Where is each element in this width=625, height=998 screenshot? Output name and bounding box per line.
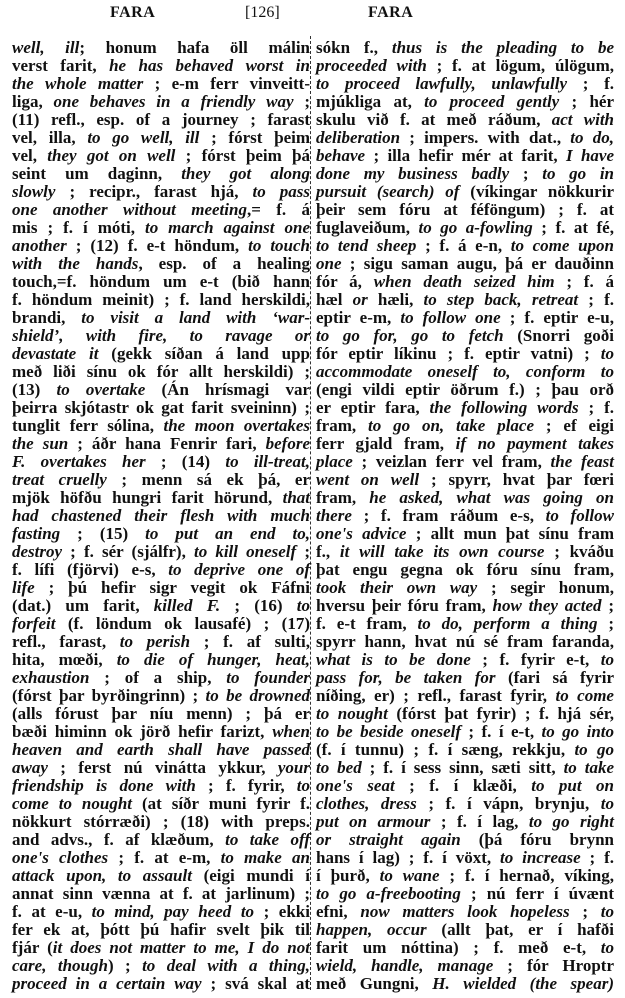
text-line: ferr gjald fram, if no payment takes xyxy=(316,435,614,453)
translation-italic: when death seized him xyxy=(374,272,555,291)
headword-text: þeirra skjótastr ok gat farit sveininn) … xyxy=(12,398,310,417)
text-line: shield’, with fire, to ravage or xyxy=(12,327,310,345)
text-line: (fórst þar byrðingrinn) ; to be drowned xyxy=(12,687,310,705)
translation-italic: I have xyxy=(566,146,614,165)
headword-text: annat sinn vænna at f. at jarlinum) ; xyxy=(12,884,310,903)
headword-text: hæl xyxy=(316,290,353,309)
translation-italic: H. wielded (the spear) xyxy=(432,974,614,993)
column-divider xyxy=(310,36,311,990)
right-running-headword: FARA xyxy=(368,4,413,22)
text-line: devastate it (gekk síðan á land upp xyxy=(12,345,310,363)
text-line: the sun ; áðr hana Fenrir fari, before xyxy=(12,435,310,453)
headword-text: ; ef eigi xyxy=(534,416,614,435)
headword-text: ; ferst nú vinátta ykkur, xyxy=(48,758,278,777)
translation-italic: deliberation xyxy=(316,128,400,147)
translation-italic: well, ill xyxy=(12,38,79,57)
translation-italic: to take off xyxy=(225,830,310,849)
translation-italic: to founder xyxy=(226,668,310,687)
text-line: f. höndum meinit) ; f. land herskildi, xyxy=(12,291,310,309)
translation-italic: one xyxy=(316,254,342,273)
translation-italic: to deprive one of xyxy=(168,560,310,579)
text-line: accommodate oneself to, conform to xyxy=(316,363,614,381)
translation-italic: done my business badly xyxy=(316,164,509,183)
headword-text: vel, illa, xyxy=(12,128,87,147)
translation-italic: another xyxy=(12,236,67,255)
headword-text: nökkurt stórræði) ; (18) with preps. xyxy=(12,812,310,831)
translation-italic: the following words xyxy=(430,398,579,417)
text-line: spyrr hann, hvat nú sé fram faranda, xyxy=(316,633,614,651)
translation-italic: to proceed gently xyxy=(424,92,559,111)
headword-text: sókn f., xyxy=(316,38,392,57)
headword-text: hans í lag) ; f. í vöxt, xyxy=(316,848,500,867)
text-line: or straight again (þá fóru brynn xyxy=(316,831,614,849)
translation-italic: it does not matter to me, I do not xyxy=(53,938,310,957)
translation-italic: to xyxy=(601,650,614,669)
text-line: with the hands, esp. of a healing xyxy=(12,255,310,273)
text-line: slowly ; recipr., farast hjá, to pass xyxy=(12,183,310,201)
text-line: one's clothes ; f. at e-m, to make an xyxy=(12,849,310,867)
text-line: one's seat ; f. í klæði, to put on xyxy=(316,777,614,795)
translation-italic: what is to be done xyxy=(316,650,471,669)
headword-text: níðing, er) ; refl., farast fyrir, xyxy=(316,686,556,705)
text-line: clothes, dress ; f. í vápn, brynju, to xyxy=(316,795,614,813)
translation-italic: to touch xyxy=(248,236,310,255)
headword-text: ; (16) xyxy=(220,596,297,615)
translation-italic: they got along xyxy=(181,164,310,183)
headword-text: hversu þeir fóru fram, xyxy=(316,596,493,615)
headword-text: ; f. at fé, xyxy=(533,218,614,237)
translation-italic: one's advice xyxy=(316,524,406,543)
translation-italic: pursuit (search) of xyxy=(316,182,459,201)
headword-text: ; f. xyxy=(578,290,614,309)
translation-italic: to do, perform a thing xyxy=(418,614,598,633)
translation-italic: one behaves in a friendly way xyxy=(54,92,294,111)
headword-text: verst farit, xyxy=(12,56,109,75)
text-line: níðing, er) ; refl., farast fyrir, to co… xyxy=(316,687,614,705)
text-line: fer ek at, þótt þú hafir svelt þik til xyxy=(12,921,310,939)
headword-text: ; segir honum, xyxy=(477,578,614,597)
translation-italic: F. overtakes her xyxy=(12,452,146,471)
text-line: F. overtakes her ; (14) to ill-treat, xyxy=(12,453,310,471)
translation-italic: to go well, ill xyxy=(87,128,199,147)
translation-italic: to proceed lawfully, unlawfully xyxy=(316,74,567,93)
translation-italic: treat cruelly xyxy=(12,470,107,489)
headword-text: fram, xyxy=(316,488,369,507)
headword-text: (engi vildi eptir öðrum f.) ; þau orð xyxy=(316,380,614,399)
headword-text: ,= f. á xyxy=(247,200,310,219)
text-line: (11) refl., esp. of a journey ; farast xyxy=(12,111,310,129)
translation-italic: happen, occur xyxy=(316,920,427,939)
headword-text: ; f. í hernað, víking, xyxy=(440,866,614,885)
headword-text: liga, xyxy=(12,92,54,111)
text-line: í þurð, to wane ; f. í hernað, víking, xyxy=(316,867,614,885)
translation-italic: to deal with a thing, xyxy=(142,956,310,975)
translation-italic: to increase xyxy=(500,848,581,867)
headword-text: ; (12) f. e-t höndum, xyxy=(67,236,248,255)
text-line: f. lífi (fjörvi) e-s, to deprive one of xyxy=(12,561,310,579)
translation-italic: attack upon, to assault xyxy=(12,866,192,885)
headword-text: ; f. í klæði, xyxy=(395,776,532,795)
headword-text: ; f. af sulti, xyxy=(190,632,310,651)
translation-italic: put on armour xyxy=(316,812,430,831)
translation-italic: care, though xyxy=(12,956,108,975)
translation-italic: proceed in a certain way xyxy=(12,974,202,993)
text-line: done my business badly ; to go in xyxy=(316,165,614,183)
headword-text: (fari sá fyrir xyxy=(496,668,614,687)
headword-text: ; e-m ferr vinveitt- xyxy=(143,74,310,93)
translation-italic: proceeded with xyxy=(316,56,427,75)
text-line: f. e-t fram, to do, perform a thing ; xyxy=(316,615,614,633)
text-line: deliberation ; impers. with dat., to do, xyxy=(316,129,614,147)
headword-text: ferr gjald fram, xyxy=(316,434,456,453)
page-header: FARA [126] FARA xyxy=(0,4,625,28)
text-line: wield, handle, manage ; fór Hroptr xyxy=(316,957,614,975)
headword-text: ; f. at lögum, úlögum, xyxy=(427,56,614,75)
headword-text: (f. í tunnu) ; f. í sæng, rekkju, xyxy=(316,740,574,759)
translation-italic: to xyxy=(297,596,310,615)
headword-text: í þurð, xyxy=(316,866,380,885)
headword-text: ; xyxy=(296,542,310,561)
text-line: place ; veizlan ferr vel fram, the feast xyxy=(316,453,614,471)
headword-text: (fórst þar byrðingrinn) ; xyxy=(12,686,206,705)
translation-italic: to go xyxy=(574,740,614,759)
translation-italic: took their own way xyxy=(316,578,477,597)
headword-text: ; f. fyrir e-t, xyxy=(471,650,601,669)
translation-italic: wield, handle, manage xyxy=(316,956,493,975)
text-line: mjök höfðu hungri farit hörund, that xyxy=(12,489,310,507)
headword-text: fuglaveiðum, xyxy=(316,218,418,237)
headword-text: ; f. í lag, xyxy=(430,812,528,831)
text-line: fasting ; (15) to put an end to, xyxy=(12,525,310,543)
translation-italic: the feast xyxy=(551,452,614,471)
text-line: heaven and earth shall have passed xyxy=(12,741,310,759)
headword-text: (allt þat, er í hafði xyxy=(427,920,614,939)
headword-text: ; recipr., farast hjá, xyxy=(55,182,252,201)
translation-italic: with the hands xyxy=(12,254,138,273)
text-line: liga, one behaves in a friendly way ; xyxy=(12,93,310,111)
translation-italic: to be beside oneself xyxy=(316,722,461,741)
headword-text: ; xyxy=(509,164,542,183)
text-line: destroy ; f. sér (sjálfr), to kill onese… xyxy=(12,543,310,561)
headword-text: , esp. of a healing xyxy=(138,254,310,273)
headword-text: ; þú hefir sigr vegit ok Fáfni xyxy=(35,578,310,597)
headword-text: ) ; xyxy=(108,956,142,975)
translation-italic: to put an end to, xyxy=(145,524,310,543)
text-line: the whole matter ; e-m ferr vinveitt- xyxy=(12,75,310,93)
headword-text: ; ekki xyxy=(254,902,310,921)
page-number: [126] xyxy=(245,4,280,22)
text-line: went on well ; spyrr, hvat þar fœri xyxy=(316,471,614,489)
translation-italic: to wane xyxy=(380,866,440,885)
headword-text: mjúkliga at, xyxy=(316,92,424,111)
headword-text: fór eptir líkinu ; f. eptir vatni) ; xyxy=(316,344,601,363)
headword-text: ; f. at e-m, xyxy=(108,848,220,867)
translation-italic: to be drowned xyxy=(206,686,310,705)
translation-italic: how they acted xyxy=(493,596,602,615)
translation-italic: to nought xyxy=(316,704,388,723)
text-line: to tend sheep ; f. á e-n, to come upon xyxy=(316,237,614,255)
text-line: (engi vildi eptir öðrum f.) ; þau orð xyxy=(316,381,614,399)
headword-text: fram, xyxy=(316,416,368,435)
text-line: (f. í tunnu) ; f. í sæng, rekkju, to go xyxy=(316,741,614,759)
text-line: skulu við f. at með ráðum, act with xyxy=(316,111,614,129)
headword-text: ; xyxy=(294,92,310,111)
headword-text: ; f. sér (sjálfr), xyxy=(62,542,194,561)
translation-italic: act with xyxy=(552,110,614,129)
headword-text: vel, xyxy=(12,146,47,165)
headword-text: (þá fóru brynn xyxy=(461,830,614,849)
headword-text: ; fórst þeim þá xyxy=(175,146,310,165)
text-line: one's advice ; allt mun þat sínu fram xyxy=(316,525,614,543)
translation-italic: or straight again xyxy=(316,830,461,849)
headword-text: ; f. í e-t, xyxy=(461,722,542,741)
translation-italic: to come upon xyxy=(511,236,614,255)
translation-italic: it will take its own course xyxy=(340,542,545,561)
translation-italic: friendship is done with xyxy=(12,776,196,795)
text-line: efni, now matters look hopeless ; to xyxy=(316,903,614,921)
translation-italic: that xyxy=(283,488,310,507)
translation-italic: devastate it xyxy=(12,344,98,363)
translation-italic: before xyxy=(266,434,310,453)
text-line: með Gungni, H. wielded (the spear) xyxy=(316,975,614,993)
headword-text: seint um daginn, xyxy=(12,164,181,183)
translation-italic: exhaustion xyxy=(12,668,89,687)
headword-text: mjök höfðu hungri farit hörund, xyxy=(12,488,283,507)
translation-italic: there xyxy=(316,506,352,525)
headword-text: þeir sem fóru at féföngum) ; f. at xyxy=(316,200,614,219)
headword-text: (Snorri goði xyxy=(504,326,614,345)
text-line: (dat.) um farit, killed F. ; (16) to xyxy=(12,597,310,615)
headword-text: þat engu gegna ok fóru sínu fram, xyxy=(316,560,614,579)
translation-italic: thus is the pleading to be xyxy=(392,38,614,57)
translation-italic: to overtake xyxy=(56,380,145,399)
translation-italic: destroy xyxy=(12,542,62,561)
headword-text: með Gungni, xyxy=(316,974,432,993)
translation-italic: to make an xyxy=(221,848,310,867)
translation-italic: to xyxy=(601,902,614,921)
text-line: fram, to go on, take place ; ef eigi xyxy=(316,417,614,435)
text-line: there ; f. fram ráðum e-s, to follow xyxy=(316,507,614,525)
headword-text: ; allt mun þat sínu fram xyxy=(406,524,614,543)
text-line: had chastened their flesh with much xyxy=(12,507,310,525)
headword-text: (dat.) um farit, xyxy=(12,596,154,615)
translation-italic: to die of hunger, heat, xyxy=(117,650,310,669)
text-line: hita, mœði, to die of hunger, heat, xyxy=(12,651,310,669)
headword-text: ; f. eptir e-u, xyxy=(501,308,614,327)
text-line: fuglaveiðum, to go a-fowling ; f. at fé, xyxy=(316,219,614,237)
text-line: pass for, be taken for (fari sá fyrir xyxy=(316,669,614,687)
headword-text: með liði sínu ok fór allt herskildi) ; xyxy=(12,362,310,381)
text-line: hversu þeir fóru fram, how they acted ; xyxy=(316,597,614,615)
translation-italic: to xyxy=(601,344,614,363)
translation-italic: to go a-fowling xyxy=(418,218,532,237)
translation-italic: had chastened their flesh with much xyxy=(12,506,310,525)
text-line: care, though) ; to deal with a thing, xyxy=(12,957,310,975)
translation-italic: one's clothes xyxy=(12,848,108,867)
headword-text: (at síðr muni fyrir f. xyxy=(132,794,310,813)
right-column: sókn f., thus is the pleading to beproce… xyxy=(316,39,614,993)
text-line: took their own way ; segir honum, xyxy=(316,579,614,597)
text-line: seint um daginn, they got along xyxy=(12,165,310,183)
translation-italic: to xyxy=(297,776,310,795)
headword-text: ; spyrr, hvat þar fœri xyxy=(419,470,614,489)
text-line: tunglit ferr sólina, the moon overtakes xyxy=(12,417,310,435)
text-line: sókn f., thus is the pleading to be xyxy=(316,39,614,57)
headword-text: (fórst þat fyrir) ; f. hjá sér, xyxy=(388,704,614,723)
text-line: life ; þú hefir sigr vegit ok Fáfni xyxy=(12,579,310,597)
headword-text: ; fór Hroptr xyxy=(493,956,614,975)
text-line: (13) to overtake (Án hrísmagi var xyxy=(12,381,310,399)
headword-text: ; xyxy=(597,614,614,633)
headword-text: ; xyxy=(602,596,614,615)
text-line: vel, illa, to go well, ill ; fórst þeim xyxy=(12,129,310,147)
headword-text: f. höndum meinit) ; f. land herskildi, xyxy=(12,290,310,309)
translation-italic: accommodate oneself to, conform to xyxy=(316,362,614,381)
headword-text: ; impers. with dat., xyxy=(400,128,570,147)
translation-italic: to march against one xyxy=(145,218,310,237)
text-line: well, ill; honum hafa öll málin xyxy=(12,39,310,57)
headword-text: refl., farast, xyxy=(12,632,120,651)
headword-text: brandi, xyxy=(12,308,81,327)
headword-text: touch,=f. höndum um e-t (bið hann xyxy=(12,272,310,291)
headword-text: hita, mœði, xyxy=(12,650,117,669)
text-line: eptir e-m, to follow one ; f. eptir e-u, xyxy=(316,309,614,327)
headword-text: ; nú ferr í úvænt xyxy=(461,884,614,903)
translation-italic: to go a-freebooting xyxy=(316,884,461,903)
headword-text: tunglit ferr sólina, xyxy=(12,416,163,435)
text-line: to go for, go to fetch (Snorri goði xyxy=(316,327,614,345)
translation-italic: clothes, dress xyxy=(316,794,417,813)
headword-text: and advs., f. af klæðum, xyxy=(12,830,225,849)
headword-text: ; f. á e-n, xyxy=(416,236,510,255)
headword-text: bæði himinn ok jörð hefir farizt, xyxy=(12,722,272,741)
translation-italic: to follow one xyxy=(400,308,500,327)
headword-text: spyrr hann, hvat nú sé fram faranda, xyxy=(316,632,614,651)
headword-text: f. e-t fram, xyxy=(316,614,418,633)
text-line: what is to be done ; f. fyrir e-t, to xyxy=(316,651,614,669)
translation-italic: killed F. xyxy=(154,596,220,615)
headword-text: ; f. í sess sinn, sæti sitt, xyxy=(362,758,564,777)
headword-text: ; kváðu xyxy=(544,542,614,561)
translation-italic: life xyxy=(12,578,35,597)
text-line: mjúkliga at, to proceed gently ; hér xyxy=(316,93,614,111)
headword-text: ; hér xyxy=(559,92,614,111)
text-line: er eptir fara, the following words ; f. xyxy=(316,399,614,417)
translation-italic: he asked, what was going on xyxy=(369,488,614,507)
text-line: brandi, to visit a land with ‘war- xyxy=(12,309,310,327)
text-line: exhaustion ; of a ship, to founder xyxy=(12,669,310,687)
text-line: hæl or hæli, to step back, retreat ; f. xyxy=(316,291,614,309)
text-line: proceed in a certain way ; svá skal at xyxy=(12,975,310,993)
translation-italic: to come xyxy=(556,686,614,705)
text-line: touch,=f. höndum um e-t (bið hann xyxy=(12,273,310,291)
headword-text: mis ; f. í móti, xyxy=(12,218,145,237)
translation-italic: away xyxy=(12,758,48,777)
translation-italic: to take xyxy=(564,758,614,777)
text-line: one another without meeting,= f. á xyxy=(12,201,310,219)
translation-italic: one another without meeting xyxy=(12,200,247,219)
translation-italic: behave xyxy=(316,146,365,165)
translation-italic: to pass xyxy=(253,182,310,201)
text-line: another ; (12) f. e-t höndum, to touch xyxy=(12,237,310,255)
translation-italic: if no payment takes xyxy=(456,434,614,453)
headword-text: ; f. xyxy=(579,398,614,417)
headword-text: (alls fórust þar níu menn) ; þá er xyxy=(12,704,310,723)
translation-italic: to do, xyxy=(570,128,614,147)
text-line: one ; sigu saman augu, þá er dauðinn xyxy=(316,255,614,273)
text-line: put on armour ; f. í lag, to go right xyxy=(316,813,614,831)
headword-text: ; f. á xyxy=(555,272,614,291)
text-line: treat cruelly ; menn sá ek þá, er xyxy=(12,471,310,489)
text-line: þeirra skjótastr ok gat farit sveininn) … xyxy=(12,399,310,417)
translation-italic: your xyxy=(278,758,310,777)
translation-italic: one's seat xyxy=(316,776,395,795)
translation-italic: to ill-treat, xyxy=(225,452,310,471)
text-line: to go a-freebooting ; nú ferr í úvænt xyxy=(316,885,614,903)
text-line: farit um nóttina) ; f. með e-t, to xyxy=(316,939,614,957)
headword-text: ; (14) xyxy=(146,452,226,471)
headword-text: eptir e-m, xyxy=(316,308,400,327)
text-line: and advs., f. af klæðum, to take off xyxy=(12,831,310,849)
text-line: refl., farast, to perish ; f. af sulti, xyxy=(12,633,310,651)
translation-italic: to go on, take place xyxy=(368,416,534,435)
text-line: forfeit (f. löndum ok lausafé) ; (17) xyxy=(12,615,310,633)
headword-text: efni, xyxy=(316,902,360,921)
translation-italic: to kill oneself xyxy=(194,542,296,561)
headword-text: ; of a ship, xyxy=(89,668,226,687)
translation-italic: to xyxy=(601,938,614,957)
text-line: þeir sem fóru at féföngum) ; f. at xyxy=(316,201,614,219)
headword-text: f. at e-u, xyxy=(12,902,92,921)
headword-text: ; f. í vápn, brynju, xyxy=(417,794,601,813)
text-line: f. at e-u, to mind, pay heed to ; ekki xyxy=(12,903,310,921)
translation-italic: slowly xyxy=(12,182,55,201)
translation-italic: heaven and earth shall have passed xyxy=(12,740,310,759)
translation-italic: to visit a land with ‘war- xyxy=(81,308,310,327)
headword-text: ; illa hefir mér at farit, xyxy=(365,146,566,165)
text-line: mis ; f. í móti, to march against one xyxy=(12,219,310,237)
left-column: well, ill; honum hafa öll málinverst far… xyxy=(12,39,310,993)
translation-italic: to bed xyxy=(316,758,362,777)
translation-italic: to tend sheep xyxy=(316,236,416,255)
text-line: hans í lag) ; f. í vöxt, to increase ; f… xyxy=(316,849,614,867)
translation-italic: place xyxy=(316,452,353,471)
text-line: to bed ; f. í sess sinn, sæti sitt, to t… xyxy=(316,759,614,777)
text-line: annat sinn vænna at f. at jarlinum) ; xyxy=(12,885,310,903)
translation-italic: shield’, with fire, to ravage or xyxy=(12,326,310,345)
text-line: fjár (it does not matter to me, I do not xyxy=(12,939,310,957)
text-line: þat engu gegna ok fóru sínu fram, xyxy=(316,561,614,579)
text-line: to proceed lawfully, unlawfully ; f. xyxy=(316,75,614,93)
headword-text: ; f. xyxy=(567,74,614,93)
text-line: fram, he asked, what was going on xyxy=(316,489,614,507)
translation-italic: to put on xyxy=(531,776,614,795)
text-line: nökkurt stórræði) ; (18) with preps. xyxy=(12,813,310,831)
text-line: með liði sínu ok fór allt herskildi) ; xyxy=(12,363,310,381)
translation-italic: went on well xyxy=(316,470,419,489)
translation-italic: the moon overtakes xyxy=(163,416,310,435)
text-line: f., it will take its own course ; kváðu xyxy=(316,543,614,561)
text-line: fór á, when death seized him ; f. á xyxy=(316,273,614,291)
headword-text: (Án hrísmagi var xyxy=(145,380,310,399)
headword-text: fjár ( xyxy=(12,938,53,957)
translation-italic: they got on well xyxy=(47,146,175,165)
headword-text: f., xyxy=(316,542,340,561)
text-line: attack upon, to assault (eigi mundi í xyxy=(12,867,310,885)
translation-italic: to go in xyxy=(542,164,614,183)
text-line: vel, they got on well ; fórst þeim þá xyxy=(12,147,310,165)
translation-italic: forfeit xyxy=(12,614,55,633)
